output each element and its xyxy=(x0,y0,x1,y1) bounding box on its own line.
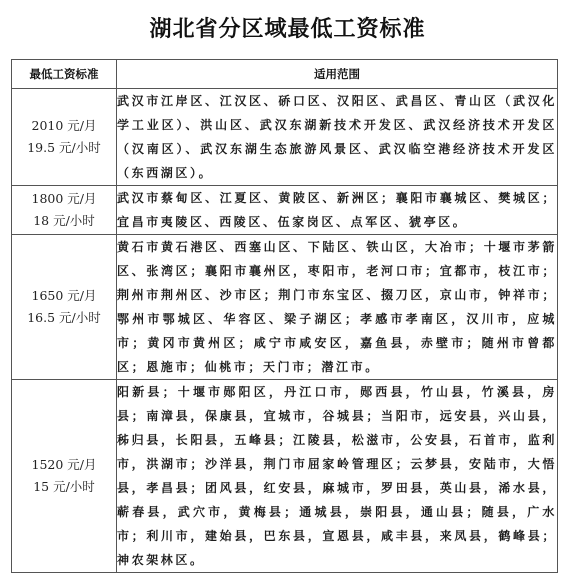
scope-cell: 武汉市蔡甸区、江夏区、黄陂区、新洲区；襄阳市襄城区、樊城区；宜昌市夷陵区、西陵区… xyxy=(117,186,558,235)
wage-standard-cell: 1520 元/月 15 元/小时 xyxy=(12,380,117,573)
column-header-scope: 适用范围 xyxy=(117,60,558,89)
column-header-standard: 最低工资标准 xyxy=(12,60,117,89)
hourly-wage: 15 元/小时 xyxy=(12,476,116,498)
scope-cell: 阳新县；十堰市郧阳区，丹江口市，郧西县，竹山县，竹溪县，房县；南漳县，保康县，宜… xyxy=(117,380,558,573)
monthly-wage: 1520 元/月 xyxy=(12,454,116,476)
table-row: 1650 元/月 16.5 元/小时 黄石市黄石港区、西塞山区、下陆区、铁山区，… xyxy=(12,235,558,380)
scope-cell: 黄石市黄石港区、西塞山区、下陆区、铁山区，大冶市；十堰市茅箭区、张湾区；襄阳市襄… xyxy=(117,235,558,380)
table-row: 1800 元/月 18 元/小时 武汉市蔡甸区、江夏区、黄陂区、新洲区；襄阳市襄… xyxy=(12,186,558,235)
monthly-wage: 1800 元/月 xyxy=(12,188,116,210)
table-row: 1520 元/月 15 元/小时 阳新县；十堰市郧阳区，丹江口市，郧西县，竹山县… xyxy=(12,380,558,573)
table-row: 2010 元/月 19.5 元/小时 武汉市江岸区、江汉区、硚口区、汉阳区、武昌… xyxy=(12,89,558,186)
hourly-wage: 19.5 元/小时 xyxy=(12,137,116,159)
wage-standard-cell: 1650 元/月 16.5 元/小时 xyxy=(12,235,117,380)
wage-standard-cell: 1800 元/月 18 元/小时 xyxy=(12,186,117,235)
table-header-row: 最低工资标准 适用范围 xyxy=(12,60,558,89)
hourly-wage: 18 元/小时 xyxy=(12,210,116,232)
monthly-wage: 1650 元/月 xyxy=(12,285,116,307)
minimum-wage-table: 最低工资标准 适用范围 2010 元/月 19.5 元/小时 武汉市江岸区、江汉… xyxy=(11,59,558,573)
monthly-wage: 2010 元/月 xyxy=(12,115,116,137)
scope-cell: 武汉市江岸区、江汉区、硚口区、汉阳区、武昌区、青山区（武汉化学工业区）、洪山区、… xyxy=(117,89,558,186)
document-title: 湖北省分区域最低工资标准 xyxy=(0,12,575,43)
wage-standard-cell: 2010 元/月 19.5 元/小时 xyxy=(12,89,117,186)
hourly-wage: 16.5 元/小时 xyxy=(12,307,116,329)
